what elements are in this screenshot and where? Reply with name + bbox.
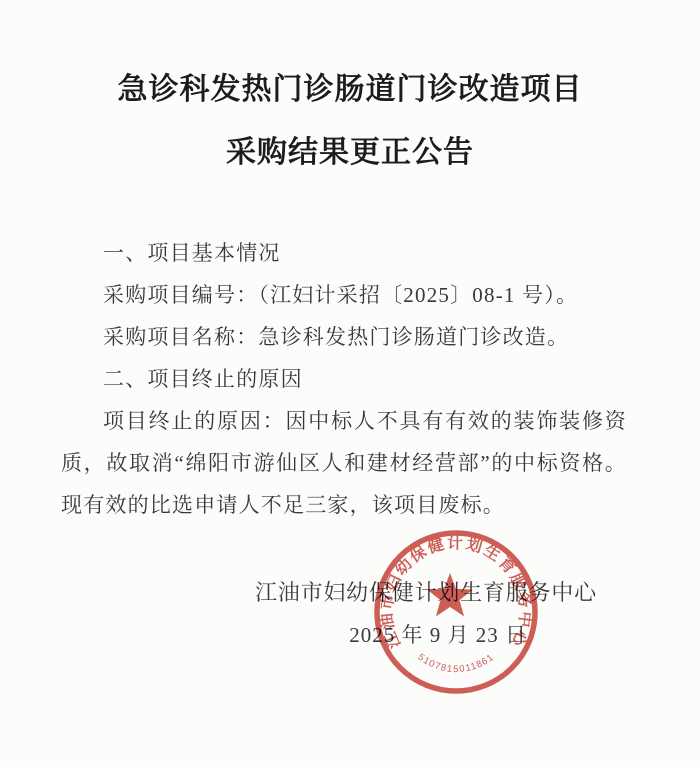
project-number-line: 采购项目编号：（江妇计采招〔2025〕08-1 号）。 xyxy=(61,274,627,316)
document-body: 一、项目基本情况 采购项目编号：（江妇计采招〔2025〕08-1 号）。 采购项… xyxy=(61,232,627,526)
issuing-organization: 江油市妇幼保健计划生育服务中心 xyxy=(0,572,700,614)
section-heading-1: 一、项目基本情况 xyxy=(61,232,627,274)
document-title-line2: 采购结果更正公告 xyxy=(40,121,660,184)
project-name-line: 采购项目名称：急诊科发热门诊肠道门诊改造。 xyxy=(61,316,627,358)
document-title-line1: 急诊科发热门诊肠道门诊改造项目 xyxy=(40,58,660,121)
signature-block: 江油市妇幼保健计划生育服务中心 2025 年 9 月 23 日 xyxy=(0,572,700,656)
section-heading-2: 二、项目终止的原因 xyxy=(61,358,627,400)
termination-reason-paragraph: 项目终止的原因：因中标人不具有有效的装饰装修资质，故取消“绵阳市游仙区人和建材经… xyxy=(61,400,627,526)
document-title: 急诊科发热门诊肠道门诊改造项目 采购结果更正公告 xyxy=(40,58,660,184)
issue-date: 2025 年 9 月 23 日 xyxy=(0,614,700,656)
document-page: 急诊科发热门诊肠道门诊改造项目 采购结果更正公告 一、项目基本情况 采购项目编号… xyxy=(0,0,700,767)
